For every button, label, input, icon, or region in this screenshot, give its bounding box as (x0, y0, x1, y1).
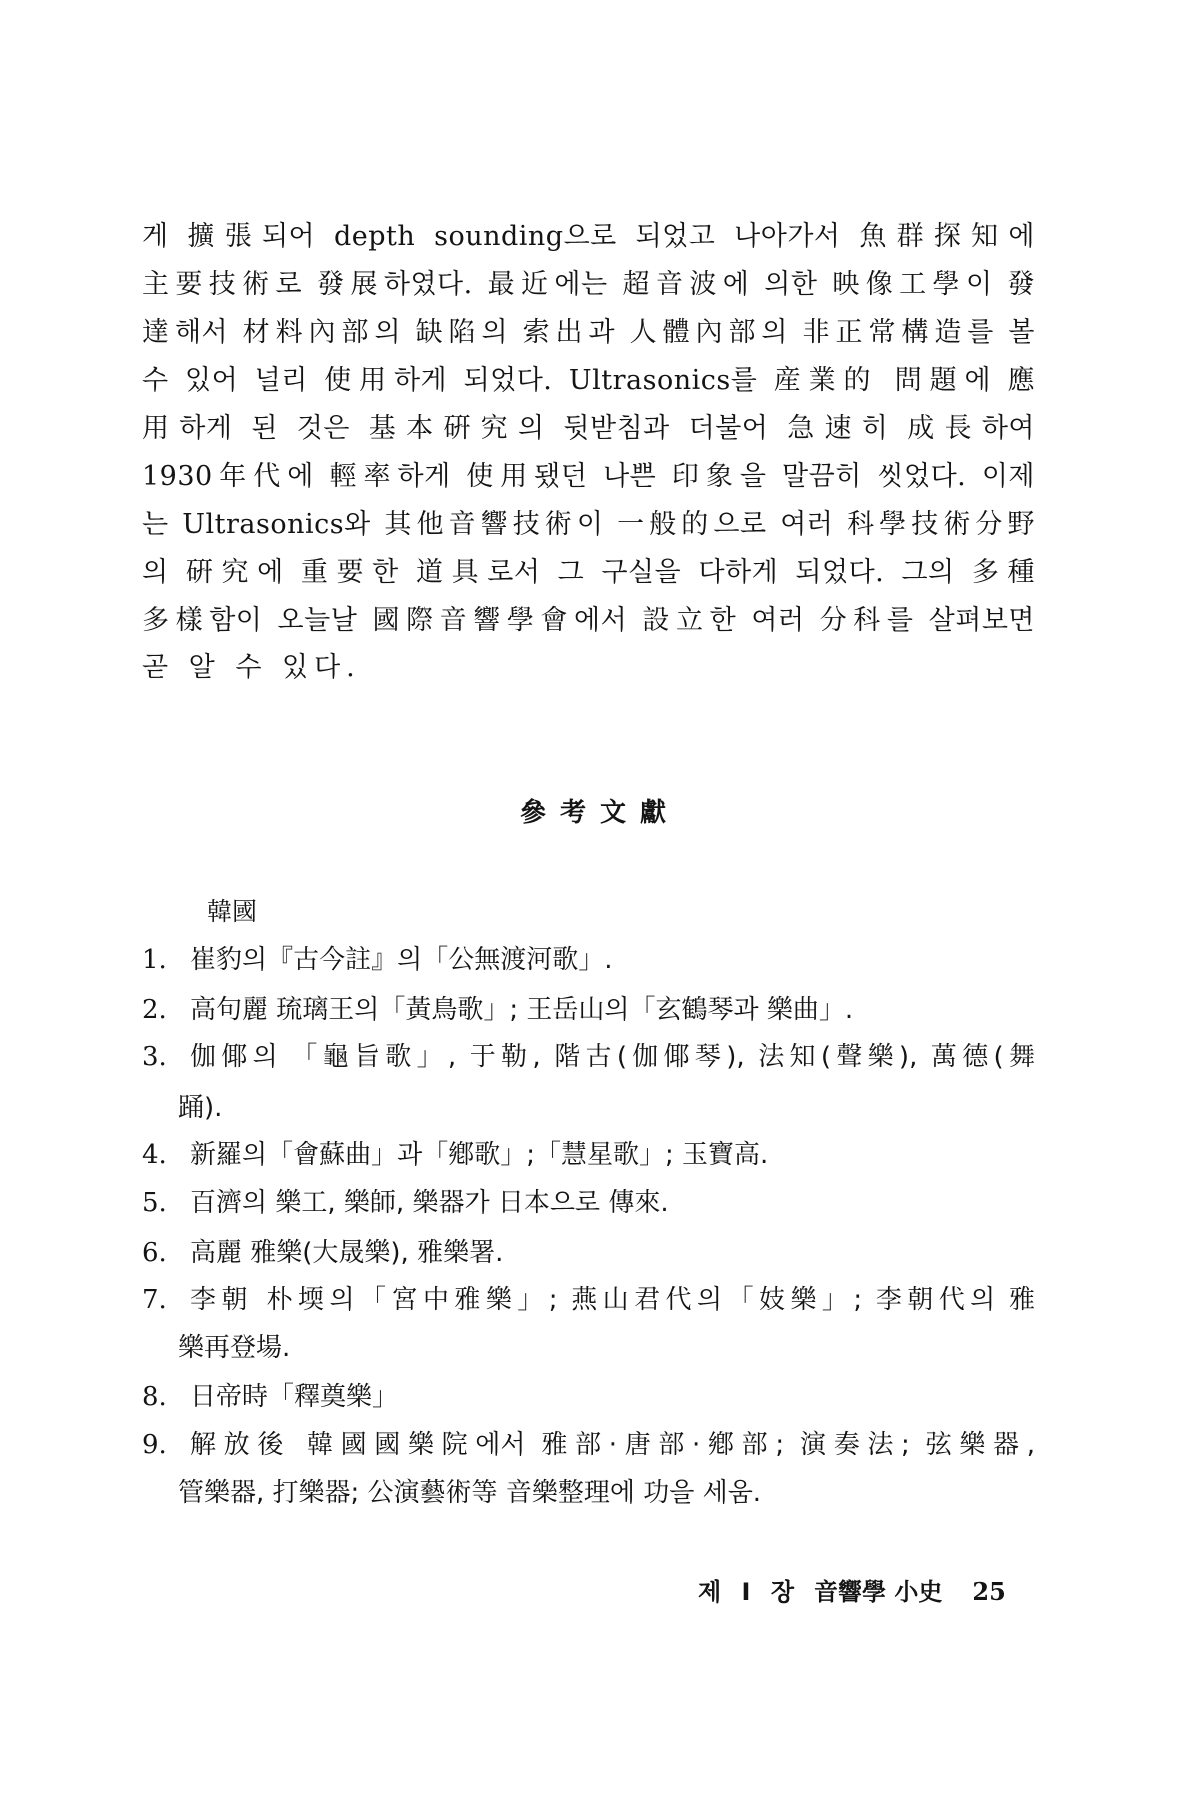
reference-number: 2. (142, 990, 190, 1030)
reference-continuation: 管樂器, 打樂器; 公演藝術等 音樂整理에 功을 세움. (178, 1473, 761, 1513)
reference-text: 新羅의「會蘇曲」과「鄕歌」;「慧星歌」; 玉寶高. (190, 1135, 768, 1175)
reference-text: 百濟의 樂工, 樂師, 樂器가 日本으로 傳來. (190, 1183, 669, 1223)
reference-number: 9. (142, 1425, 190, 1465)
reference-number: 5. (142, 1183, 190, 1223)
reference-number: 6. (142, 1233, 190, 1273)
reference-item: 2.高句麗 琉璃王의「黃鳥歌」; 王岳山의「玄鶴琴과 樂曲」. (142, 990, 1035, 1030)
page-footer: 제 I 장音響學 小史25 (698, 1572, 1006, 1612)
reference-number: 4. (142, 1135, 190, 1175)
reference-text: 高句麗 琉璃王의「黃鳥歌」; 王岳山의「玄鶴琴과 樂曲」. (190, 990, 853, 1030)
body-line: 수 있어 널리 使用하게 되었다. Ultrasonics를 産業的 問題에 應 (142, 361, 1035, 401)
reference-text: 伽倻의 「龜旨歌」, 于勒, 階古(伽倻琴), 法知(聲樂), 萬德(舞 (190, 1037, 1035, 1077)
reference-text: 解放後 韓國國樂院에서 雅部·唐部·鄕部; 演奏法; 弦樂器, (190, 1425, 1035, 1465)
reference-text: 高麗 雅樂(大晟樂), 雅樂署. (190, 1233, 503, 1273)
reference-number: 7. (142, 1280, 190, 1320)
reference-text: 崔豹의『古今註』의「公無渡河歌」. (190, 940, 613, 980)
reference-item: 5.百濟의 樂工, 樂師, 樂器가 日本으로 傳來. (142, 1183, 1035, 1223)
reference-text: 日帝時「釋奠樂」 (190, 1377, 398, 1417)
body-line: 게 擴張되어 depth sounding으로 되었고 나아가서 魚群探知에 (142, 217, 1035, 257)
reference-item: 3.伽倻의 「龜旨歌」, 于勒, 階古(伽倻琴), 法知(聲樂), 萬德(舞 (142, 1037, 1035, 1077)
page-number: 25 (972, 1577, 1005, 1606)
reference-number: 3. (142, 1037, 190, 1077)
body-line-last: 곧 알 수 있다. (142, 648, 1035, 688)
reference-continuation: 踊). (178, 1088, 222, 1128)
chapter-title: 音響學 小史 (814, 1578, 942, 1606)
body-line: 는 Ultrasonics와 其他音響技術이 一般的으로 여러 科學技術分野 (142, 505, 1035, 545)
reference-number: 8. (142, 1377, 190, 1417)
body-line: 用하게 된 것은 基本硏究의 뒷받침과 더불어 急速히 成長하여 (142, 409, 1035, 449)
reference-text: 李朝 朴堧의「宮中雅樂」; 燕山君代의「妓樂」; 李朝代의 雅 (190, 1280, 1035, 1320)
chapter-label: 제 I 장 (698, 1578, 800, 1606)
reference-item: 6.高麗 雅樂(大晟樂), 雅樂署. (142, 1233, 1035, 1273)
body-line: 達해서 材料內部의 缺陷의 索出과 人體內部의 非正常構造를 볼 (142, 313, 1035, 353)
reference-item: 7.李朝 朴堧의「宮中雅樂」; 燕山君代의「妓樂」; 李朝代의 雅 (142, 1280, 1035, 1320)
reference-item: 1.崔豹의『古今註』의「公無渡河歌」. (142, 940, 1035, 980)
body-line: 1930年代에 輕率하게 使用됐던 나쁜 印象을 말끔히 씻었다. 이제 (142, 457, 1035, 497)
references-heading: 參考文獻 (0, 793, 1200, 833)
reference-number: 1. (142, 940, 190, 980)
reference-item: 4.新羅의「會蘇曲」과「鄕歌」;「慧星歌」; 玉寶高. (142, 1135, 1035, 1175)
body-line: 의 硏究에 重要한 道具로서 그 구실을 다하게 되었다. 그의 多種 (142, 553, 1035, 593)
reference-item: 8.日帝時「釋奠樂」 (142, 1377, 1035, 1417)
body-line: 多樣함이 오늘날 國際音響學會에서 設立한 여러 分科를 살펴보면 (142, 601, 1035, 641)
reference-continuation: 樂再登場. (178, 1328, 290, 1368)
body-line: 主要技術로 發展하였다. 最近에는 超音波에 의한 映像工學이 發 (142, 265, 1035, 305)
references-subheading: 韓國 (207, 892, 257, 932)
reference-item: 9.解放後 韓國國樂院에서 雅部·唐部·鄕部; 演奏法; 弦樂器, (142, 1425, 1035, 1465)
